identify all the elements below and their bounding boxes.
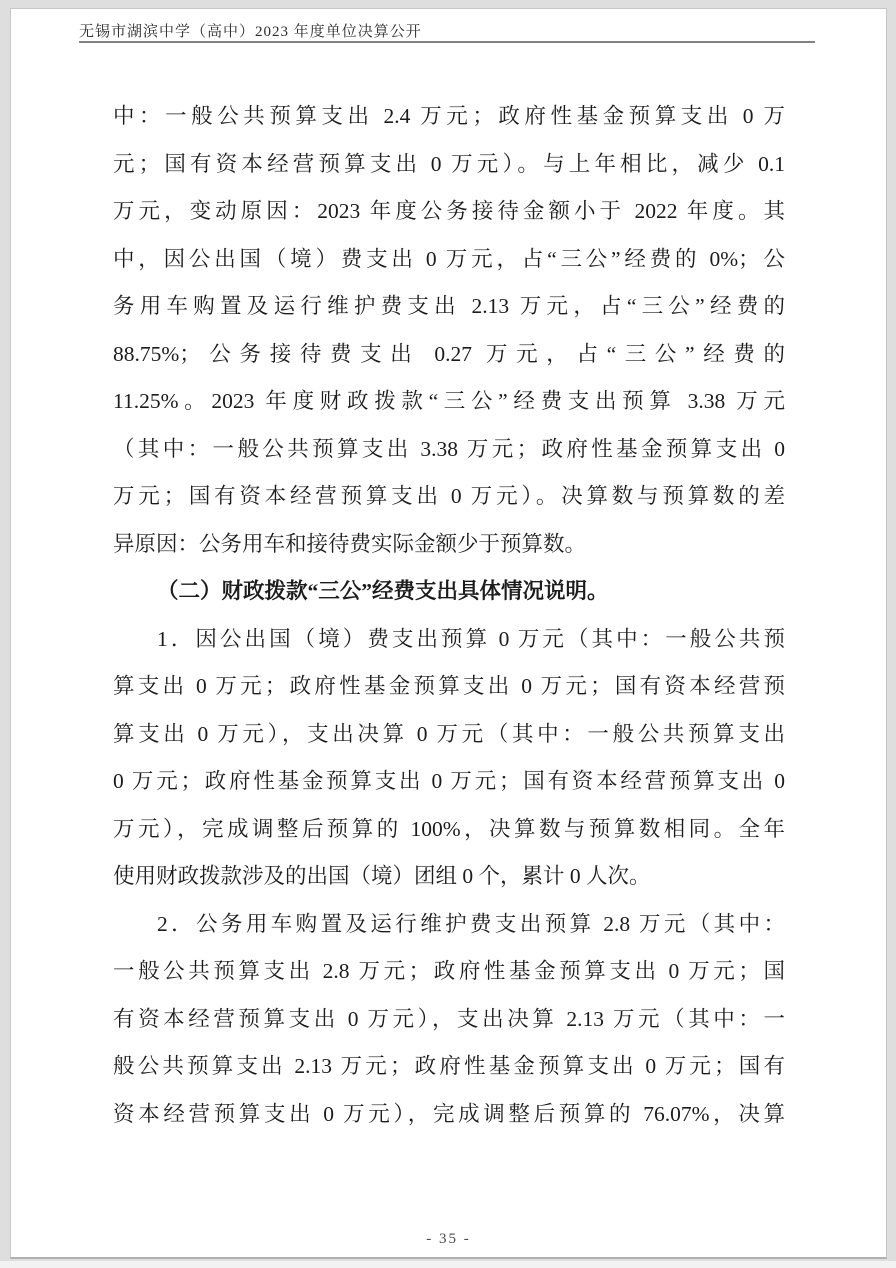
text-line: 资本经营预算支出 0 万元），完成调整后预算的 76.07%，决算 <box>113 1091 785 1139</box>
text-line: 使用财政拨款涉及的出国（境）团组 0 个，累计 0 人次。 <box>113 853 785 901</box>
text-line: 万元；国有资本经营预算支出 0 万元）。决算数与预算数的差 <box>113 473 785 521</box>
text-line: 万元，变动原因：2023 年度公务接待金额小于 2022 年度。其 <box>113 188 785 236</box>
text-line: 2．公务用车购置及运行维护费支出预算 2.8 万元（其中： <box>113 901 785 949</box>
text-line: 务用车购置及运行维护费支出 2.13 万元，占“三公”经费的 <box>113 283 785 331</box>
text-line: 有资本经营预算支出 0 万元），支出决算 2.13 万元（其中：一 <box>113 996 785 1044</box>
text-line: 元；国有资本经营预算支出 0 万元）。与上年相比，减少 0.1 <box>113 141 785 189</box>
text-line: 万元），完成调整后预算的 100%，决算数与预算数相同。全年 <box>113 806 785 854</box>
section-heading: （二）财政拨款“三公”经费支出具体情况说明。 <box>113 568 785 616</box>
document-page: 无锡市湖滨中学（高中）2023 年度单位决算公开 中：一般公共预算支出 2.4 … <box>10 8 887 1259</box>
text-line: 1．因公出国（境）费支出预算 0 万元（其中：一般公共预 <box>113 616 785 664</box>
text-line: 算支出 0 万元；政府性基金预算支出 0 万元；国有资本经营预 <box>113 663 785 711</box>
document-body: 中：一般公共预算支出 2.4 万元；政府性基金预算支出 0 万 元；国有资本经营… <box>113 93 785 1138</box>
text-line: 88.75%；公务接待费支出 0.27 万元，占“三公”经费的 <box>113 331 785 379</box>
text-line: 异原因：公务用车和接待费实际金额少于预算数。 <box>113 521 785 569</box>
page-footer: - 35 - <box>11 1231 886 1248</box>
header-title: 无锡市湖滨中学（高中）2023 年度单位决算公开 <box>79 20 422 41</box>
text-line: 11.25%。2023 年度财政拨款“三公”经费支出预算 3.38 万元 <box>113 378 785 426</box>
text-line: （其中：一般公共预算支出 3.38 万元；政府性基金预算支出 0 <box>113 426 785 474</box>
text-line: 一般公共预算支出 2.8 万元；政府性基金预算支出 0 万元；国 <box>113 948 785 996</box>
header-rule <box>79 41 815 43</box>
text-line: 般公共预算支出 2.13 万元；政府性基金预算支出 0 万元；国有 <box>113 1043 785 1091</box>
text-line: 中，因公出国（境）费支出 0 万元，占“三公”经费的 0%；公 <box>113 236 785 284</box>
text-line: 中：一般公共预算支出 2.4 万元；政府性基金预算支出 0 万 <box>113 93 785 141</box>
page-number: - 35 - <box>426 1231 471 1247</box>
text-line: 0 万元；政府性基金预算支出 0 万元；国有资本经营预算支出 0 <box>113 758 785 806</box>
viewer-background-strip <box>0 1261 896 1268</box>
text-line: 算支出 0 万元），支出决算 0 万元（其中：一般公共预算支出 <box>113 711 785 759</box>
